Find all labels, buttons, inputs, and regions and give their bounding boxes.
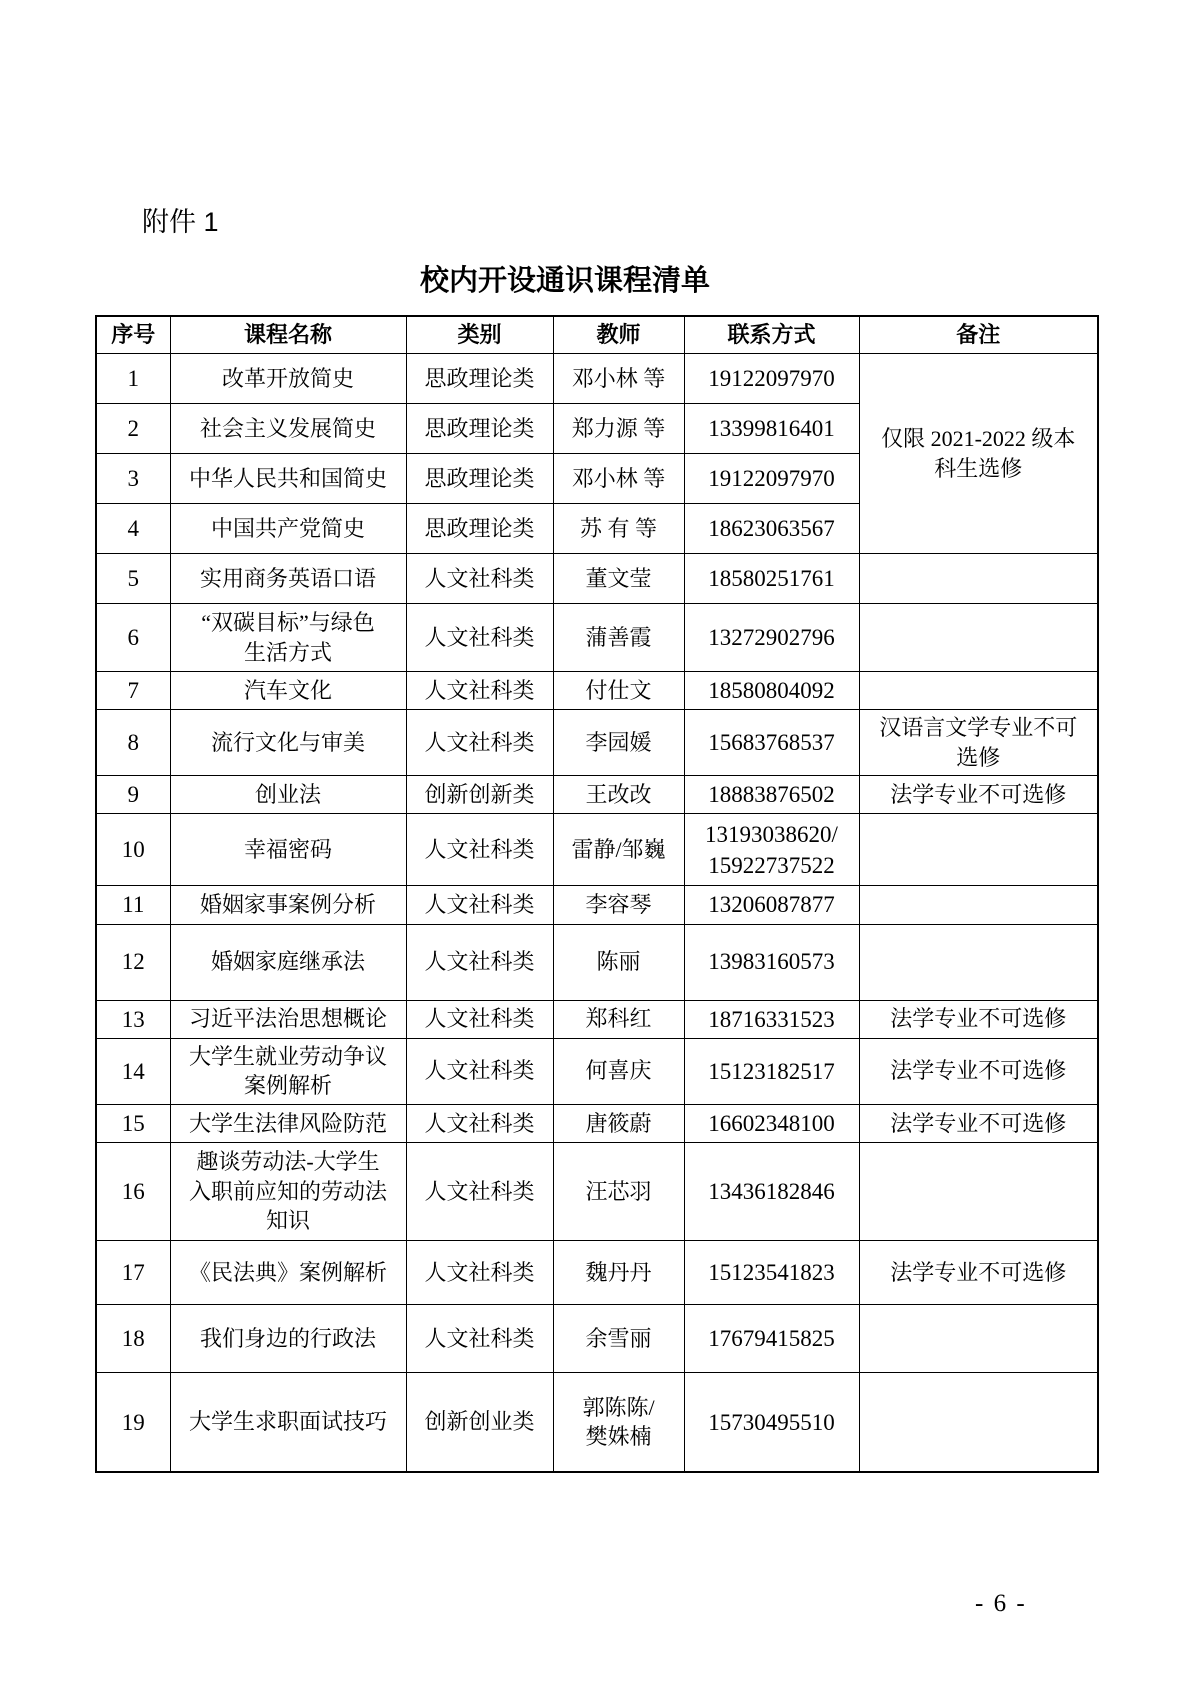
cell-no: 5 [96, 554, 170, 604]
cell-course-name: 《民法典》案例解析 [170, 1240, 406, 1304]
cell-no: 2 [96, 404, 170, 454]
cell-category: 人文社科类 [406, 1000, 553, 1038]
cell-remark: 法学专业不可选修 [859, 1000, 1098, 1038]
cell-phone: 15730495510 [684, 1372, 859, 1472]
cell-phone: 13399816401 [684, 404, 859, 454]
cell-course-name: 幸福密码 [170, 814, 406, 886]
cell-teacher: 郑科红 [553, 1000, 684, 1038]
cell-no: 8 [96, 710, 170, 776]
cell-remark [859, 886, 1098, 924]
cell-category: 人文社科类 [406, 1038, 553, 1104]
cell-remark: 法学专业不可选修 [859, 1104, 1098, 1142]
cell-teacher: 魏丹丹 [553, 1240, 684, 1304]
cell-course-name: 中国共产党简史 [170, 504, 406, 554]
cell-category: 人文社科类 [406, 554, 553, 604]
header-row: 序号 课程名称 类别 教师 联系方式 备注 [96, 316, 1098, 354]
table-row: 1 改革开放简史 思政理论类 邓小林 等 19122097970 仅限 2021… [96, 354, 1098, 404]
cell-teacher: 邓小林 等 [553, 454, 684, 504]
cell-teacher: 付仕文 [553, 672, 684, 710]
header-remark: 备注 [859, 316, 1098, 354]
cell-no: 1 [96, 354, 170, 404]
cell-category: 人文社科类 [406, 886, 553, 924]
cell-teacher: 何喜庆 [553, 1038, 684, 1104]
cell-course-name: 大学生就业劳动争议 案例解析 [170, 1038, 406, 1104]
cell-remark-merged: 仅限 2021-2022 级本 科生选修 [859, 354, 1098, 554]
table-row: 5 实用商务英语口语 人文社科类 董文莹 18580251761 [96, 554, 1098, 604]
cell-no: 6 [96, 604, 170, 672]
table-row: 15 大学生法律风险防范 人文社科类 唐筱蔚 16602348100 法学专业不… [96, 1104, 1098, 1142]
cell-teacher: 唐筱蔚 [553, 1104, 684, 1142]
cell-teacher: 李园媛 [553, 710, 684, 776]
table-row: 19 大学生求职面试技巧 创新创业类 郭陈陈/ 樊姝楠 15730495510 [96, 1372, 1098, 1472]
cell-phone: 17679415825 [684, 1304, 859, 1372]
table-row: 16 趣谈劳动法-大学生 入职前应知的劳动法 知识 人文社科类 汪芯羽 1343… [96, 1142, 1098, 1240]
table-row: 17 《民法典》案例解析 人文社科类 魏丹丹 15123541823 法学专业不… [96, 1240, 1098, 1304]
cell-phone: 13983160573 [684, 924, 859, 1000]
cell-course-name: 习近平法治思想概论 [170, 1000, 406, 1038]
table-row: 6 “双碳目标”与绿色 生活方式 人文社科类 蒲善霞 13272902796 [96, 604, 1098, 672]
cell-teacher: 王改改 [553, 776, 684, 814]
cell-phone: 13206087877 [684, 886, 859, 924]
header-category: 类别 [406, 316, 553, 354]
table-row: 14 大学生就业劳动争议 案例解析 人文社科类 何喜庆 15123182517 … [96, 1038, 1098, 1104]
cell-phone: 15683768537 [684, 710, 859, 776]
table-row: 11 婚姻家事案例分析 人文社科类 李容琴 13206087877 [96, 886, 1098, 924]
header-teacher: 教师 [553, 316, 684, 354]
cell-no: 15 [96, 1104, 170, 1142]
table-row: 9 创业法 创新创新类 王改改 18883876502 法学专业不可选修 [96, 776, 1098, 814]
cell-no: 3 [96, 454, 170, 504]
cell-teacher: 雷静/邹巍 [553, 814, 684, 886]
cell-category: 人文社科类 [406, 1142, 553, 1240]
cell-category: 人文社科类 [406, 924, 553, 1000]
table-row: 13 习近平法治思想概论 人文社科类 郑科红 18716331523 法学专业不… [96, 1000, 1098, 1038]
cell-no: 18 [96, 1304, 170, 1372]
cell-remark: 法学专业不可选修 [859, 1038, 1098, 1104]
cell-phone: 18623063567 [684, 504, 859, 554]
cell-no: 10 [96, 814, 170, 886]
cell-no: 19 [96, 1372, 170, 1472]
cell-no: 11 [96, 886, 170, 924]
cell-category: 人文社科类 [406, 604, 553, 672]
cell-course-name: 我们身边的行政法 [170, 1304, 406, 1372]
cell-phone: 19122097970 [684, 354, 859, 404]
document-page: 附件 1 校内开设通识课程清单 序号 课程名称 类别 教师 联系方式 备注 1 … [0, 0, 1191, 1684]
cell-category: 思政理论类 [406, 454, 553, 504]
cell-phone: 13436182846 [684, 1142, 859, 1240]
cell-category: 思政理论类 [406, 354, 553, 404]
table-row: 10 幸福密码 人文社科类 雷静/邹巍 13193038620/ 1592273… [96, 814, 1098, 886]
cell-teacher: 蒲善霞 [553, 604, 684, 672]
cell-teacher: 陈丽 [553, 924, 684, 1000]
table-row: 7 汽车文化 人文社科类 付仕文 18580804092 [96, 672, 1098, 710]
cell-course-name: 大学生求职面试技巧 [170, 1372, 406, 1472]
cell-phone: 18883876502 [684, 776, 859, 814]
cell-category: 人文社科类 [406, 1104, 553, 1142]
cell-no: 17 [96, 1240, 170, 1304]
page-number: - 6 - [975, 1590, 1027, 1618]
cell-category: 创新创新类 [406, 776, 553, 814]
cell-course-name: 婚姻家庭继承法 [170, 924, 406, 1000]
cell-teacher: 郑力源 等 [553, 404, 684, 454]
cell-phone: 13193038620/ 15922737522 [684, 814, 859, 886]
cell-phone: 19122097970 [684, 454, 859, 504]
cell-course-name: 婚姻家事案例分析 [170, 886, 406, 924]
cell-teacher: 邓小林 等 [553, 354, 684, 404]
cell-teacher: 汪芯羽 [553, 1142, 684, 1240]
cell-teacher: 董文莹 [553, 554, 684, 604]
cell-phone: 15123541823 [684, 1240, 859, 1304]
cell-remark [859, 1142, 1098, 1240]
cell-category: 人文社科类 [406, 1304, 553, 1372]
cell-category: 人文社科类 [406, 814, 553, 886]
cell-phone: 18580251761 [684, 554, 859, 604]
cell-teacher: 郭陈陈/ 樊姝楠 [553, 1372, 684, 1472]
cell-category: 思政理论类 [406, 504, 553, 554]
table-row: 8 流行文化与审美 人文社科类 李园媛 15683768537 汉语言文学专业不… [96, 710, 1098, 776]
cell-remark [859, 924, 1098, 1000]
attachment-label: 附件 1 [142, 200, 219, 239]
cell-remark [859, 1372, 1098, 1472]
cell-phone: 13272902796 [684, 604, 859, 672]
cell-phone: 18580804092 [684, 672, 859, 710]
cell-course-name: 大学生法律风险防范 [170, 1104, 406, 1142]
cell-remark [859, 604, 1098, 672]
cell-course-name: “双碳目标”与绿色 生活方式 [170, 604, 406, 672]
cell-course-name: 趣谈劳动法-大学生 入职前应知的劳动法 知识 [170, 1142, 406, 1240]
cell-course-name: 改革开放简史 [170, 354, 406, 404]
cell-remark: 法学专业不可选修 [859, 1240, 1098, 1304]
cell-no: 12 [96, 924, 170, 1000]
cell-remark [859, 1304, 1098, 1372]
header-no: 序号 [96, 316, 170, 354]
cell-remark [859, 814, 1098, 886]
cell-teacher: 李容琴 [553, 886, 684, 924]
cell-remark: 法学专业不可选修 [859, 776, 1098, 814]
table-row: 12 婚姻家庭继承法 人文社科类 陈丽 13983160573 [96, 924, 1098, 1000]
cell-teacher: 余雪丽 [553, 1304, 684, 1372]
cell-category: 思政理论类 [406, 404, 553, 454]
cell-no: 16 [96, 1142, 170, 1240]
cell-course-name: 实用商务英语口语 [170, 554, 406, 604]
cell-course-name: 汽车文化 [170, 672, 406, 710]
cell-remark [859, 554, 1098, 604]
cell-phone: 15123182517 [684, 1038, 859, 1104]
table-row: 18 我们身边的行政法 人文社科类 余雪丽 17679415825 [96, 1304, 1098, 1372]
cell-no: 7 [96, 672, 170, 710]
cell-no: 4 [96, 504, 170, 554]
cell-teacher: 苏 有 等 [553, 504, 684, 554]
cell-category: 人文社科类 [406, 710, 553, 776]
cell-category: 人文社科类 [406, 672, 553, 710]
page-title: 校内开设通识课程清单 [0, 258, 1130, 299]
cell-category: 人文社科类 [406, 1240, 553, 1304]
cell-course-name: 创业法 [170, 776, 406, 814]
cell-course-name: 流行文化与审美 [170, 710, 406, 776]
cell-no: 9 [96, 776, 170, 814]
header-course-name: 课程名称 [170, 316, 406, 354]
cell-remark: 汉语言文学专业不可 选修 [859, 710, 1098, 776]
cell-category: 创新创业类 [406, 1372, 553, 1472]
header-phone: 联系方式 [684, 316, 859, 354]
cell-no: 14 [96, 1038, 170, 1104]
cell-phone: 18716331523 [684, 1000, 859, 1038]
course-table: 序号 课程名称 类别 教师 联系方式 备注 1 改革开放简史 思政理论类 邓小林… [95, 315, 1099, 1473]
cell-phone: 16602348100 [684, 1104, 859, 1142]
cell-remark [859, 672, 1098, 710]
cell-course-name: 中华人民共和国简史 [170, 454, 406, 504]
cell-no: 13 [96, 1000, 170, 1038]
cell-course-name: 社会主义发展简史 [170, 404, 406, 454]
